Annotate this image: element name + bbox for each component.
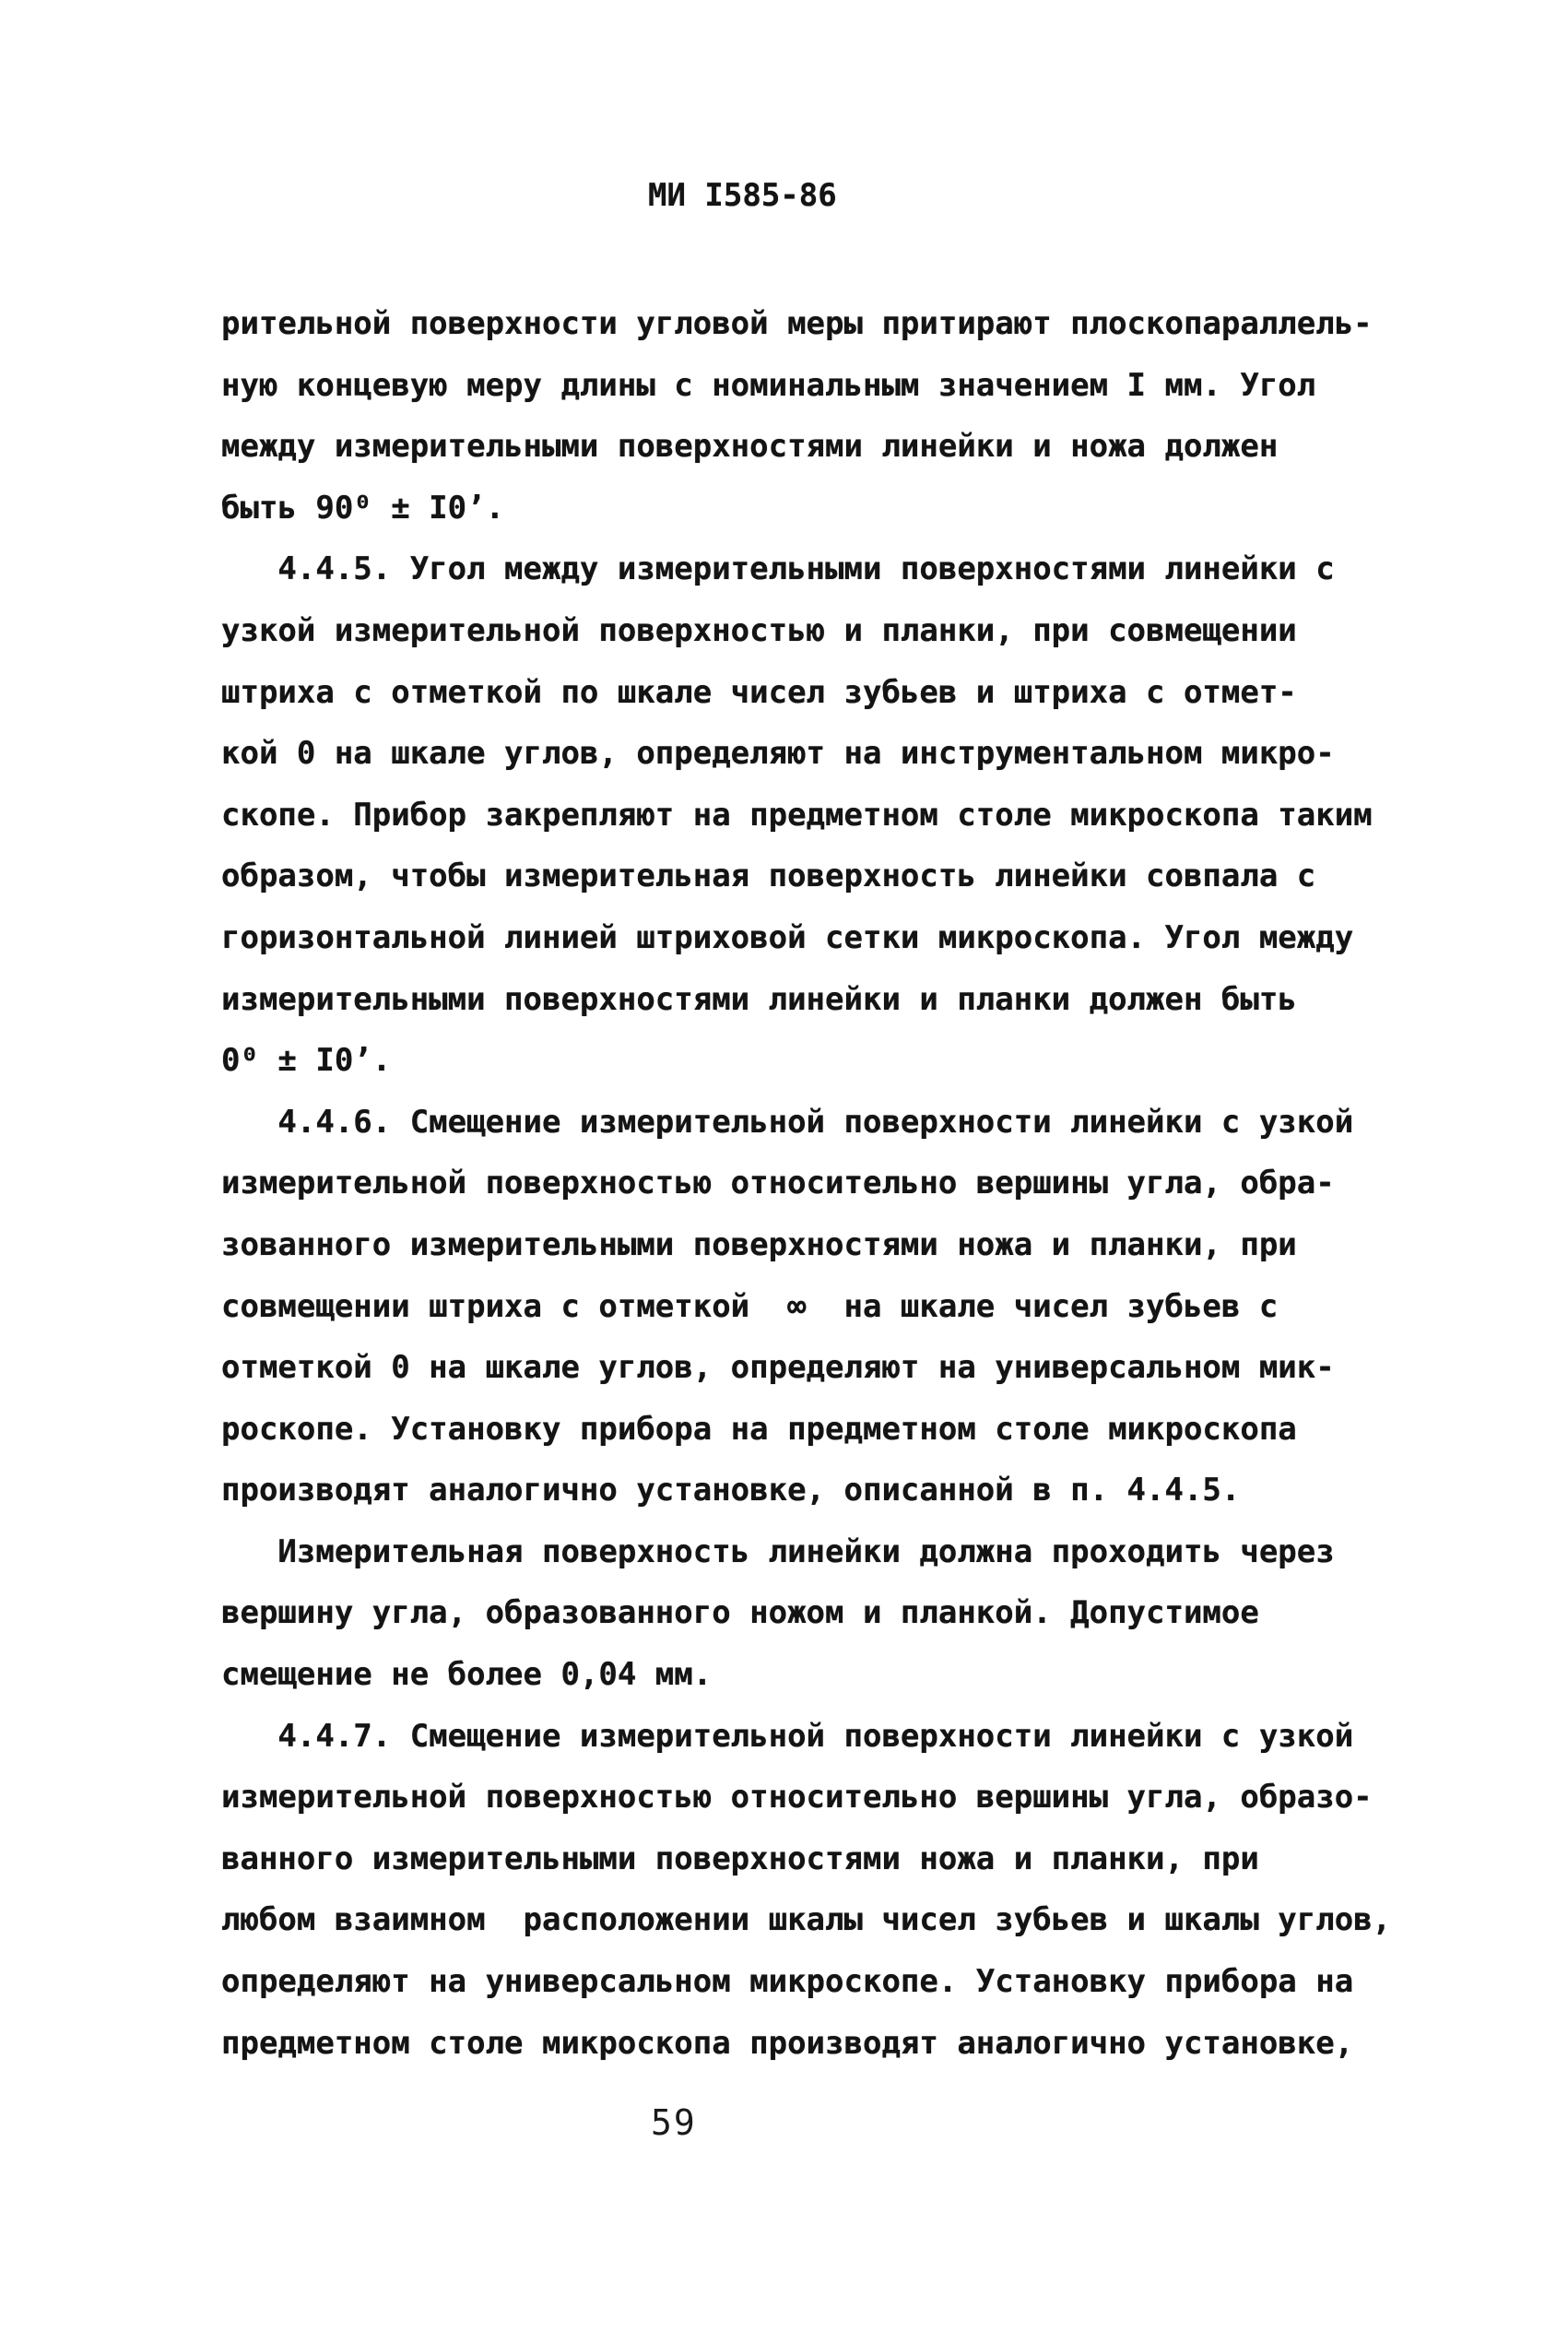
text-line: измерительными поверхностями линейки и п…	[221, 969, 1420, 1031]
text-line: определяют на универсальном микроскопе. …	[221, 1951, 1420, 2013]
text-line: горизонтальной линией штриховой сетки ми…	[221, 907, 1420, 969]
text-line: производят аналогично установке, описанн…	[221, 1460, 1420, 1521]
text-line: измерительной поверхностью относительно …	[221, 1767, 1420, 1828]
text-line: штриха с отметкой по шкале чисел зубьев …	[221, 662, 1420, 724]
body-text: рительной поверхности угловой меры прити…	[221, 293, 1420, 2074]
text-line: любом взаимном расположении шкалы чисел …	[221, 1889, 1420, 1951]
text-line: ванного измерительными поверхностями нож…	[221, 1828, 1420, 1890]
text-line: быть 90⁰ ± I0’.	[221, 478, 1420, 539]
text-line: 4.4.5. Угол между измерительными поверхн…	[221, 538, 1420, 600]
text-line: 4.4.7. Смещение измерительной поверхност…	[221, 1706, 1420, 1768]
text-line: 0⁰ ± I0’.	[221, 1030, 1420, 1092]
text-line: совмещении штриха с отметкой ∞ на шкале …	[221, 1276, 1420, 1338]
text-line: измерительной поверхностью относительно …	[221, 1153, 1420, 1214]
text-line: зованного измерительными поверхностями н…	[221, 1214, 1420, 1276]
text-line: 4.4.6. Смещение измерительной поверхност…	[221, 1092, 1420, 1154]
text-line: узкой измерительной поверхностью и планк…	[221, 600, 1420, 662]
text-line: роскопе. Установку прибора на предметном…	[221, 1399, 1420, 1461]
text-line: кой 0 на шкале углов, определяют на инст…	[221, 723, 1420, 785]
text-line: отметкой 0 на шкале углов, определяют на…	[221, 1337, 1420, 1399]
text-line: ную концевую меру длины с номинальным зн…	[221, 355, 1420, 417]
text-line: скопе. Прибор закрепляют на предметном с…	[221, 785, 1420, 846]
page-number: 59	[651, 2102, 697, 2143]
text-line: Измерительная поверхность линейки должна…	[221, 1521, 1420, 1583]
text-line: образом, чтобы измерительная поверхность…	[221, 846, 1420, 907]
text-line: между измерительными поверхностями линей…	[221, 416, 1420, 478]
text-line: рительной поверхности угловой меры прити…	[221, 293, 1420, 355]
text-line: смещение не более 0,04 мм.	[221, 1644, 1420, 1706]
text-line: предметном столе микроскопа производят а…	[221, 2013, 1420, 2075]
text-line: вершину угла, образованного ножом и план…	[221, 1582, 1420, 1644]
document-code-header: МИ I585-86	[648, 177, 837, 214]
document-page: МИ I585-86 рительной поверхности угловой…	[0, 0, 1568, 2331]
